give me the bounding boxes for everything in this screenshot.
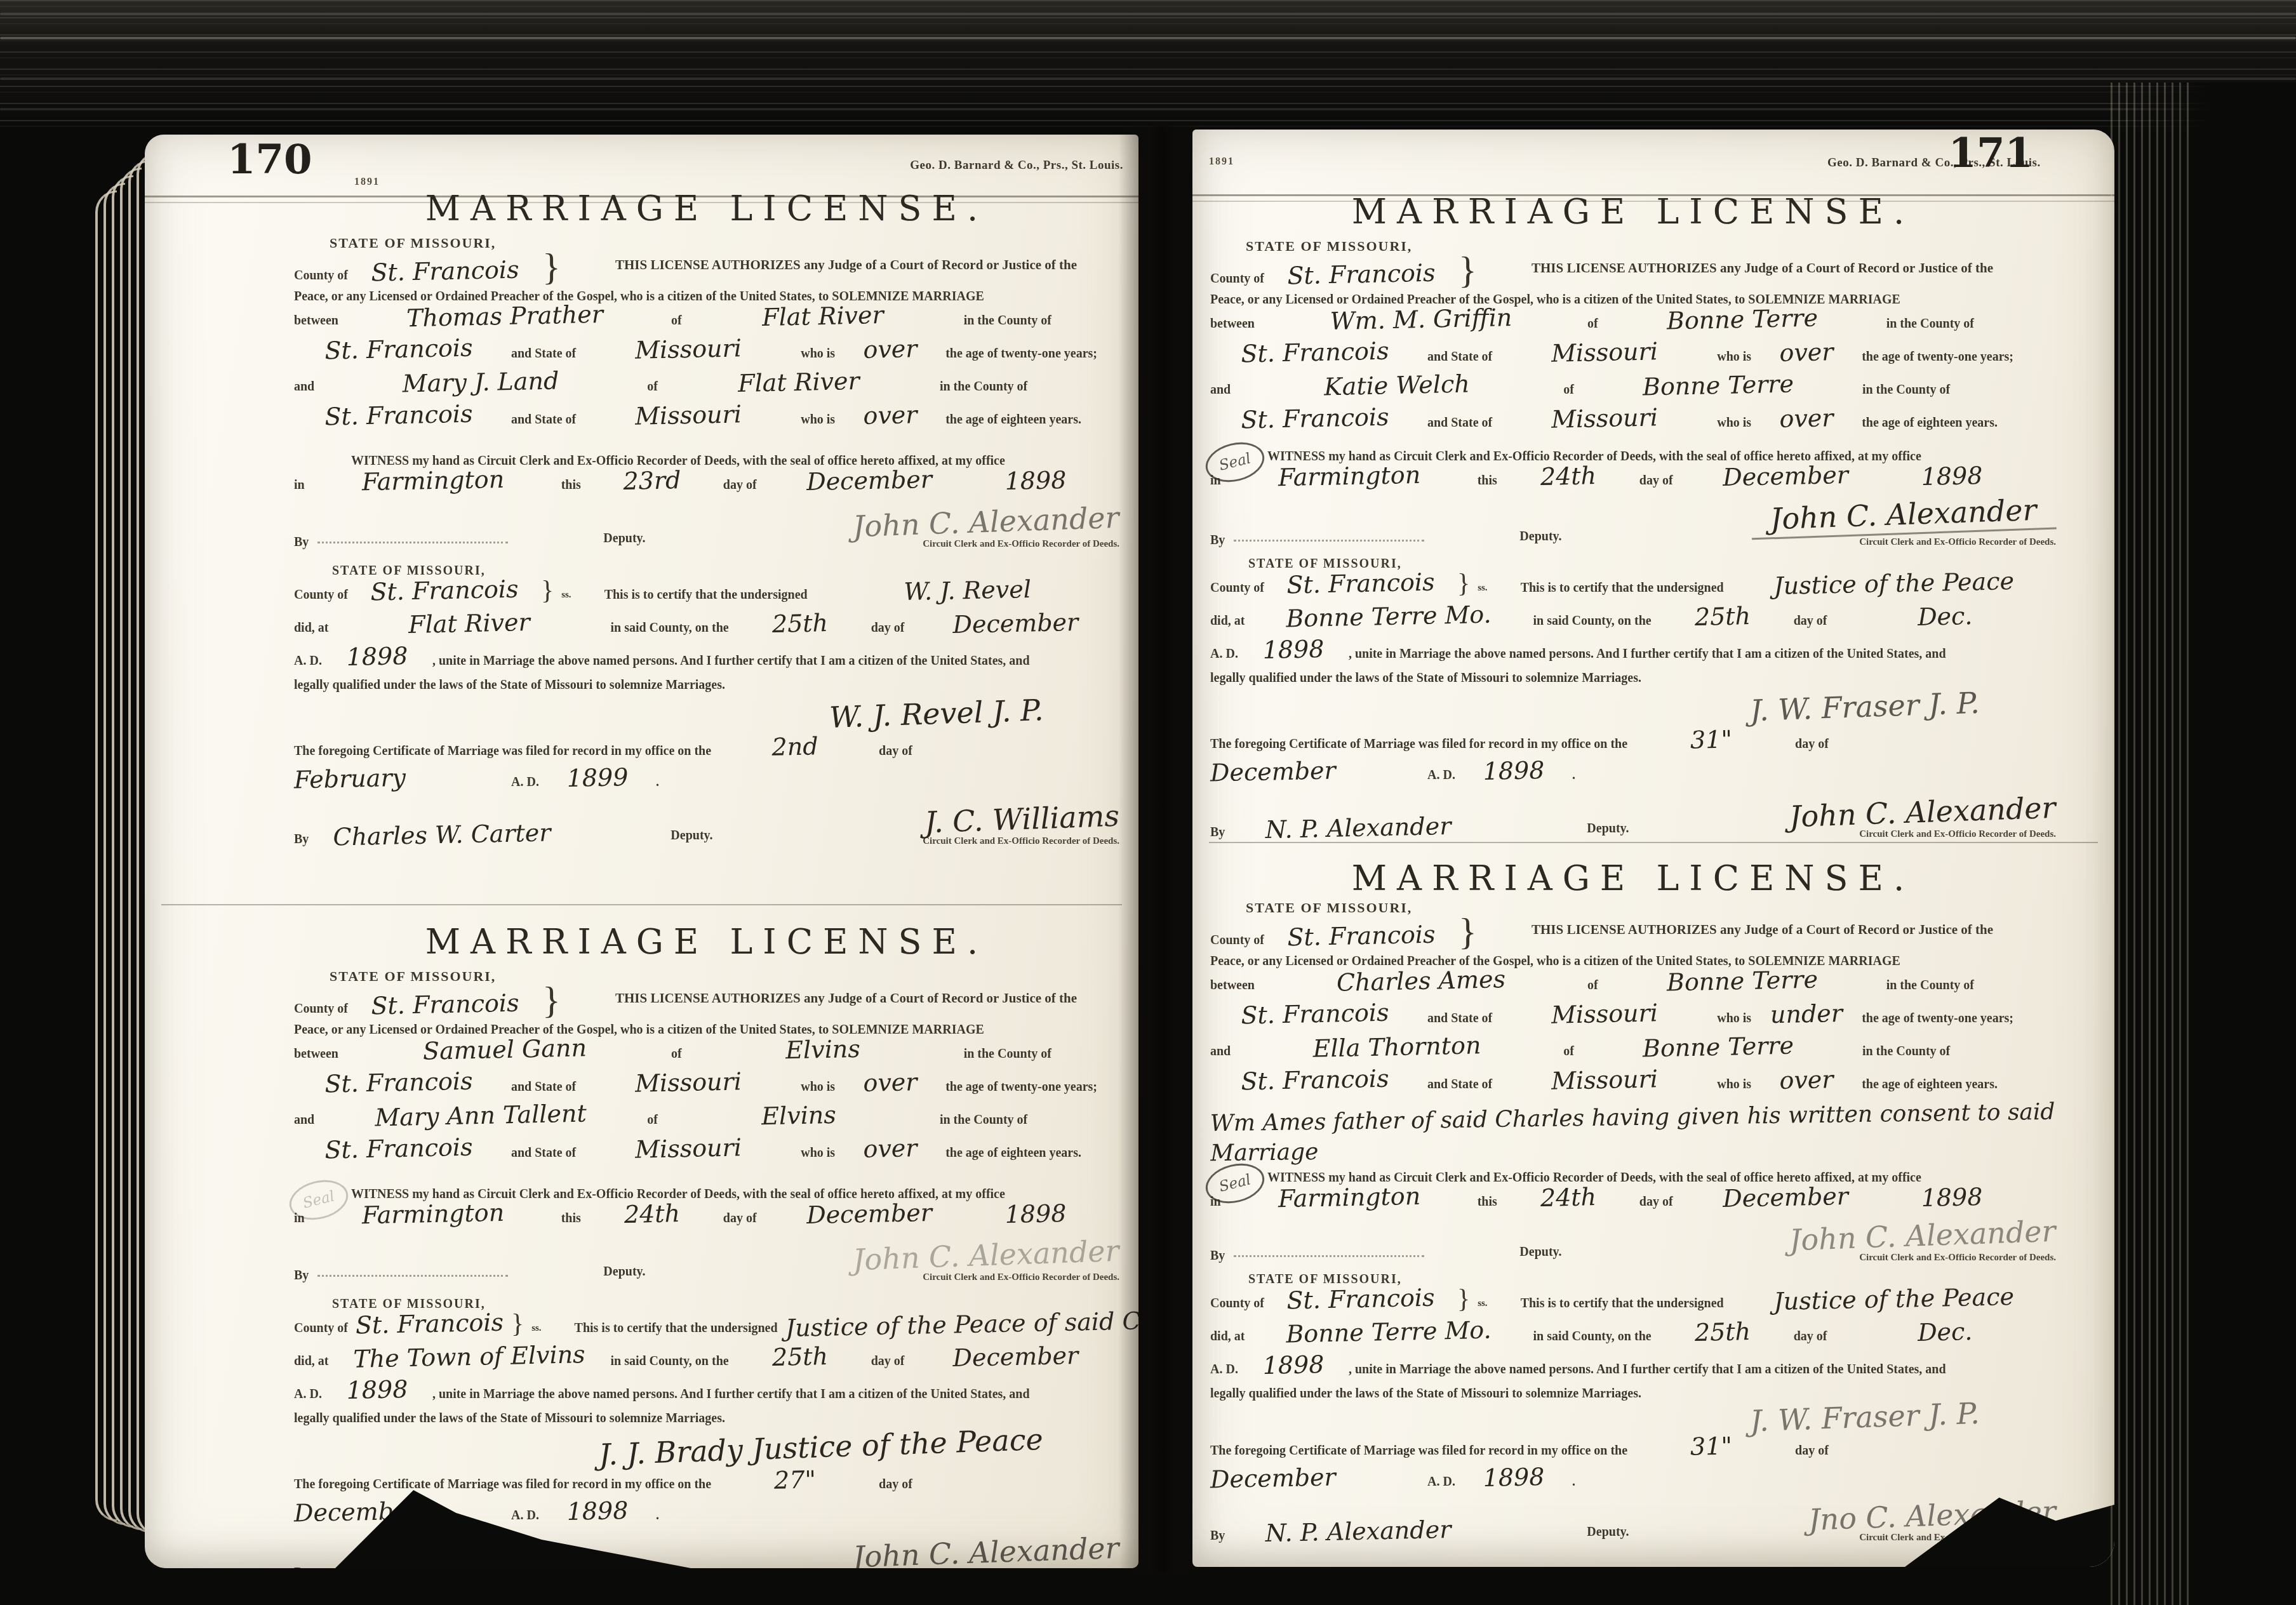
- certify-line: County of St. Francois } ss. This is to …: [1210, 571, 2056, 604]
- and-label: and: [294, 1103, 314, 1136]
- marriage-day-value: 25th: [1659, 1319, 1786, 1345]
- form-brace: }: [541, 579, 554, 603]
- marriage-month-value: Dec.: [1834, 602, 2056, 630]
- county-label: County of: [1210, 571, 1264, 604]
- who-is-label: who is: [1717, 1068, 1751, 1101]
- officiant-certificate: STATE OF MISSOURI, County of St. Francoi…: [294, 1297, 1119, 1462]
- marriage-year-value: 1898: [330, 1376, 425, 1402]
- license-title: MARRIAGE LICENSE.: [294, 189, 1119, 229]
- clerk-signature-block: John C. Alexander Circuit Clerk and Ex-O…: [1789, 797, 2056, 840]
- county-label: County of: [294, 578, 348, 611]
- witness-clause: Seal WITNESS my hand as Circuit Clerk an…: [294, 1187, 1119, 1283]
- groom-line-2: St. Francois and State of Missouri who i…: [294, 1070, 1119, 1103]
- filing-day-value: 31": [1635, 726, 1788, 753]
- bride-county-value: St. Francois: [294, 401, 504, 430]
- ss-label: ss.: [1478, 1287, 1487, 1320]
- marriage-year-value: 1898: [1246, 1352, 1342, 1378]
- officiant-value: Justice of the Peace: [1731, 1283, 2056, 1314]
- of-label: of: [1563, 373, 1574, 406]
- bride-age-value: over: [843, 402, 938, 428]
- bride-line: and Mary Ann Tallent of Elvins in the Co…: [294, 1103, 1119, 1136]
- witness-date-line: in Farmington this 24th day of December …: [1210, 1185, 2056, 1218]
- this-label: this: [561, 1202, 581, 1235]
- by-label: By: [294, 1566, 309, 1568]
- this-label: this: [561, 469, 581, 502]
- clerk-signature-block: J. C. Williams Circuit Clerk and Ex-Offi…: [923, 804, 1119, 847]
- ad-label: A. D.: [1210, 640, 1238, 669]
- groom-name-value: Charles Ames: [1262, 966, 1580, 996]
- filing-day-value: 27": [719, 1466, 872, 1493]
- in-county-label: in the County of: [964, 1037, 1051, 1070]
- witness-date-line: in Farmington this 23rd day of December …: [294, 469, 1119, 502]
- witness-signature-row: By Deputy. John C. Alexander Circuit Cle…: [1210, 500, 2056, 548]
- between-label: between: [294, 304, 338, 337]
- of-label: of: [671, 1037, 682, 1070]
- license-title: MARRIAGE LICENSE.: [1210, 192, 2056, 232]
- age-18-label: the age of eighteen years.: [1862, 406, 1998, 439]
- in-county-label: in the County of: [1886, 307, 1974, 340]
- unite-line: A. D. 1898 , unite in Marriage the above…: [294, 644, 1119, 676]
- deputy-label: Deputy.: [1519, 1245, 1561, 1260]
- county-line: County of St. Francois }: [294, 251, 599, 283]
- clerk-title: Circuit Clerk and Ex-Officio Recorder of…: [1859, 1253, 2056, 1263]
- age-21-label: the age of twenty-one years;: [1862, 1002, 2013, 1035]
- groom-county-value: St. Francois: [1210, 338, 1420, 367]
- witness-year-value: 1898: [981, 467, 1090, 494]
- filing-year-value: 1898: [1463, 1464, 1565, 1490]
- groom-name-value: Wm. M. Griffin: [1262, 304, 1580, 335]
- groom-line: between Thomas Prather of Flat River in …: [294, 304, 1119, 337]
- witness-month-value: December: [1680, 1183, 1890, 1211]
- form-brace: }: [1458, 255, 1477, 285]
- scan-streak-line: [0, 13, 2296, 15]
- witness-year-value: 1898: [1897, 463, 2006, 489]
- by-label: By: [294, 832, 309, 847]
- venue-block: STATE OF MISSOURI, County of St. Francoi…: [1210, 900, 1515, 948]
- bride-name-value: Mary Ann Tallent: [322, 1100, 640, 1131]
- witness-clause: Seal WITNESS my hand as Circuit Clerk an…: [1210, 1171, 2056, 1263]
- unite-line: A. D. 1898 , unite in Marriage the above…: [294, 1378, 1119, 1409]
- filing-signature-row: By N. P. Alexander Deputy. John C. Alexa…: [1210, 794, 2056, 840]
- plate-number: 1891: [1209, 156, 1234, 168]
- filing-deputy-signature: N. P. Alexander: [1225, 1516, 1492, 1546]
- groom-county-value: St. Francois: [294, 335, 504, 364]
- witness-date-line: in Farmington this 24th day of December …: [1210, 464, 2056, 497]
- in-county-label: in the County of: [964, 304, 1051, 337]
- marriage-place-value: The Town of Elvins: [336, 1342, 603, 1372]
- cert-county-value: St. Francois: [356, 576, 534, 604]
- this-label: this: [1478, 464, 1497, 497]
- marriage-day-value: 25th: [736, 1343, 864, 1370]
- and-label: and: [1210, 1035, 1231, 1068]
- marriage-month-value: December: [912, 1343, 1119, 1371]
- of-label: of: [1587, 969, 1598, 1002]
- ad-label: A. D.: [294, 1380, 322, 1409]
- witness-place-value: Farmington: [1228, 462, 1470, 491]
- license-title: MARRIAGE LICENSE.: [1210, 858, 2056, 898]
- who-is-label: who is: [801, 1070, 835, 1103]
- groom-age-value: over: [843, 336, 938, 362]
- cert-county-value: St. Francois: [1272, 569, 1450, 597]
- authorize-text-1: THIS LICENSE AUTHORIZES any Judge of a C…: [615, 257, 1077, 283]
- ad-label: A. D.: [294, 647, 322, 676]
- period: .: [656, 1499, 659, 1532]
- filing-month-value: December: [1210, 757, 1420, 785]
- age-18-label: the age of eighteen years.: [945, 403, 1081, 436]
- groom-line: between Wm. M. Griffin of Bonne Terre in…: [1210, 307, 2056, 340]
- deputy-blank: [317, 1275, 508, 1277]
- did-at-label: did, at: [1210, 1320, 1245, 1353]
- filing-deputy-signature: Charles W. Carter: [309, 820, 576, 850]
- by-label: By: [294, 535, 309, 550]
- license-header: STATE OF MISSOURI, County of St. Francoi…: [294, 235, 1119, 283]
- certify-text: This is to certify that the undersigned: [604, 578, 808, 611]
- between-label: between: [1210, 969, 1255, 1002]
- and-label: and: [1210, 373, 1231, 406]
- county-label: County of: [294, 1002, 348, 1016]
- did-at-label: did, at: [294, 1345, 328, 1378]
- groom-county-value: St. Francois: [294, 1069, 504, 1097]
- venue-block: STATE OF MISSOURI, County of St. Francoi…: [294, 968, 599, 1016]
- filed-text: The foregoing Certificate of Marriage wa…: [294, 737, 711, 766]
- filed-date-line: December A. D. 1898 .: [1210, 1465, 2056, 1498]
- age-18-label: the age of eighteen years.: [1862, 1068, 1998, 1101]
- form-brace: }: [1458, 916, 1477, 947]
- filed-date-line: February A. D. 1899 .: [294, 766, 1119, 799]
- scan-streak-line: [0, 108, 2296, 110]
- groom-age-value: over: [1759, 339, 1855, 365]
- license-header: STATE OF MISSOURI, County of St. Francoi…: [1210, 238, 2056, 286]
- bride-state-value: Missouri: [584, 1135, 794, 1163]
- bride-line-2: St. Francois and State of Missouri who i…: [294, 403, 1119, 436]
- unite-line: A. D. 1898 , unite in Marriage the above…: [1210, 1353, 2056, 1384]
- in-county-label: in the County of: [940, 1103, 1027, 1136]
- county-label: County of: [294, 269, 348, 283]
- filed-line: The foregoing Certificate of Marriage wa…: [294, 735, 1119, 766]
- certify-text: This is to certify that the undersigned: [1521, 571, 1724, 604]
- filing-signature-row: By N. P. Alexander Deputy. Jno C. Alexan…: [1210, 1501, 2056, 1543]
- license-title: MARRIAGE LICENSE.: [294, 922, 1119, 962]
- bride-state-value: Missouri: [1500, 1066, 1710, 1095]
- filing-month-value: December: [1210, 1463, 1420, 1491]
- witness-month-value: December: [764, 467, 974, 495]
- officiant-value: Justice of the Peace of said County: [785, 1307, 1138, 1340]
- officiant-signature-block: W. J. Revel J. P.: [294, 699, 1043, 728]
- deputy-label: Deputy.: [671, 829, 712, 843]
- county-label: County of: [1210, 933, 1264, 948]
- clerk-signature: John C. Alexander: [853, 1236, 1120, 1275]
- by-label: By: [1210, 533, 1225, 548]
- and-state-label: and State of: [511, 403, 576, 436]
- filing-deputy-signature: N. P. Alexander: [1225, 813, 1492, 843]
- marriage-license-record: MARRIAGE LICENSE. STATE OF MISSOURI, Cou…: [1210, 858, 2056, 1543]
- age-18-label: the age of eighteen years.: [945, 1136, 1081, 1169]
- county-value: St. Francois: [1269, 260, 1454, 288]
- period: .: [1572, 759, 1575, 792]
- bride-age-value: over: [1759, 1067, 1855, 1093]
- day-of-label: day of: [723, 469, 757, 502]
- binding-streaks: [2111, 83, 2193, 1605]
- marriage-place-value: Flat River: [336, 609, 603, 639]
- form-brace: }: [542, 251, 561, 282]
- certify-line: County of St. Francois } ss. This is to …: [294, 1312, 1119, 1345]
- marriage-place-value: Bonne Terre Mo.: [1252, 602, 1526, 632]
- day-of-label: day of: [879, 1470, 912, 1499]
- witness-signature-row: By Deputy. John C. Alexander Circuit Cle…: [1210, 1221, 2056, 1263]
- clerk-signature: John C. Alexander: [853, 1533, 1120, 1568]
- unite-text: , unite in Marriage the above named pers…: [1349, 640, 1946, 669]
- county-value: St. Francois: [353, 257, 538, 285]
- filing-year-value: 1898: [547, 1498, 649, 1524]
- day-of-label: day of: [879, 737, 912, 766]
- marriage-year-value: 1898: [330, 643, 425, 669]
- officiant-signature-block: J. J. Brady Justice of the Peace: [294, 1432, 1043, 1462]
- deputy-blank: [1234, 1255, 1424, 1257]
- marriage-place-line: did, at Bonne Terre Mo. in said County, …: [1210, 1320, 2056, 1353]
- who-is-label: who is: [801, 1136, 835, 1169]
- marriage-day-value: 25th: [1659, 603, 1786, 630]
- officiant-value: Justice of the Peace: [1731, 568, 2056, 599]
- filed-text: The foregoing Certificate of Marriage wa…: [1210, 1437, 1627, 1465]
- county-line: County of St. Francois }: [1210, 255, 1515, 286]
- clerk-signature-block: John C. Alexander Circuit Clerk and Ex-O…: [853, 1241, 1119, 1283]
- scan-top-band: [0, 0, 2296, 135]
- witness-signature-row: By Deputy. John C. Alexander Circuit Cle…: [294, 1237, 1119, 1283]
- marriage-license-record: MARRIAGE LICENSE. STATE OF MISSOURI, Cou…: [294, 189, 1119, 847]
- officiant-signature: J. W. Fraser J. P.: [1750, 688, 1980, 726]
- left-page: 170 1891 Geo. D. Barnard & Co., Prs., St…: [145, 135, 1138, 1568]
- and-state-label: and State of: [1427, 1002, 1492, 1035]
- clerk-title: Circuit Clerk and Ex-Officio Recorder of…: [923, 539, 1119, 550]
- bride-state-value: Missouri: [584, 401, 794, 430]
- who-is-label: who is: [1717, 340, 1751, 373]
- witness-day-value: 24th: [1504, 463, 1632, 489]
- officiant-signature: J. W. Fraser J. P.: [1750, 1398, 1980, 1435]
- groom-line-2: St. Francois and State of Missouri who i…: [1210, 340, 2056, 373]
- witness-clause: WITNESS my hand as Circuit Clerk and Ex-…: [294, 454, 1119, 550]
- county-label: County of: [294, 1312, 348, 1345]
- in-county-label: in the County of: [1886, 969, 1974, 1002]
- authorize-text-2: Peace, or any Licensed or Ordained Preac…: [294, 290, 1119, 304]
- scan-streak-line: [0, 77, 2296, 80]
- printer-mark: Geo. D. Barnard & Co., Prs., St. Louis.: [910, 159, 1123, 173]
- witness-month-value: December: [764, 1200, 974, 1229]
- by-label: By: [1210, 825, 1225, 840]
- ad-label: A. D.: [511, 1499, 539, 1532]
- bride-line-2: St. Francois and State of Missouri who i…: [294, 1136, 1119, 1169]
- groom-residence-value: Flat River: [689, 302, 956, 331]
- on-the-label: in said County, on the: [610, 611, 728, 644]
- license-separator-rule: [161, 904, 1122, 905]
- bride-line: and Katie Welch of Bonne Terre in the Co…: [1210, 373, 2056, 406]
- officiant-signature: J. J. Brady Justice of the Peace: [599, 1425, 1044, 1469]
- of-label: of: [1563, 1035, 1574, 1068]
- marriage-license-record: MARRIAGE LICENSE. STATE OF MISSOURI, Cou…: [294, 922, 1119, 1568]
- witness-place-value: Farmington: [312, 466, 554, 495]
- filing-clause: The foregoing Certificate of Marriage wa…: [294, 735, 1119, 847]
- groom-residence-value: Bonne Terre: [1605, 966, 1879, 996]
- and-state-label: and State of: [1427, 406, 1492, 439]
- did-at-label: did, at: [1210, 604, 1245, 637]
- and-state-label: and State of: [511, 1070, 576, 1103]
- clerk-title: Circuit Clerk and Ex-Officio Recorder of…: [1859, 829, 2056, 840]
- period: .: [1572, 1465, 1575, 1498]
- ad-label: A. D.: [1210, 1355, 1238, 1384]
- bride-county-value: St. Francois: [294, 1135, 504, 1163]
- cert-county-value: St. Francois: [1272, 1285, 1450, 1313]
- in-label: in: [294, 469, 305, 502]
- marriage-place-line: did, at The Town of Elvins in said Count…: [294, 1345, 1119, 1378]
- certify-text: This is to certify that the undersigned: [575, 1312, 778, 1345]
- ss-label: ss.: [1478, 571, 1487, 604]
- bride-age-value: over: [1759, 405, 1855, 431]
- who-is-label: who is: [801, 403, 835, 436]
- parental-consent-note: Wm Ames father of said Charles having gi…: [1210, 1098, 2056, 1169]
- filing-month-value: February: [294, 764, 504, 792]
- of-label: of: [647, 1103, 658, 1136]
- and-state-label: and State of: [1427, 340, 1492, 373]
- marriage-license-record: MARRIAGE LICENSE. STATE OF MISSOURI, Cou…: [1210, 192, 2056, 840]
- who-is-label: who is: [1717, 406, 1751, 439]
- authorize-text-1: THIS LICENSE AUTHORIZES any Judge of a C…: [1532, 260, 1993, 286]
- deputy-label: Deputy.: [1519, 529, 1561, 544]
- filed-line: The foregoing Certificate of Marriage wa…: [1210, 728, 2056, 759]
- scan-streak-line: [0, 37, 2296, 39]
- filing-day-value: 31": [1635, 1432, 1788, 1460]
- filed-text: The foregoing Certificate of Marriage wa…: [1210, 730, 1627, 759]
- by-label: By: [1210, 1249, 1225, 1263]
- authorize-text-2: Peace, or any Licensed or Ordained Preac…: [1210, 954, 2056, 969]
- officiant-value: W. J. Revel: [815, 575, 1119, 606]
- right-page: 1891 Geo. D. Barnard & Co., Prs., St. Lo…: [1192, 130, 2114, 1567]
- in-county-label: in the County of: [940, 370, 1027, 403]
- venue-block: STATE OF MISSOURI, County of St. Francoi…: [1210, 238, 1515, 286]
- who-is-label: who is: [801, 337, 835, 370]
- clerk-signature-block: John C. Alexander Circuit Clerk and Ex-O…: [853, 1538, 1119, 1568]
- marriage-day-value: 25th: [736, 610, 864, 637]
- scanned-book-spread: 170 1891 Geo. D. Barnard & Co., Prs., St…: [0, 0, 2296, 1605]
- qualified-text: legally qualified under the laws of the …: [294, 678, 1119, 693]
- ss-label: ss.: [561, 578, 571, 611]
- marriage-month-value: Dec.: [1834, 1317, 2056, 1346]
- certify-line: County of St. Francois } ss. This is to …: [294, 578, 1119, 611]
- clerk-signature: John C. Alexander: [1789, 793, 2057, 832]
- officiant-signature: W. J. Revel J. P.: [829, 695, 1044, 732]
- deputy-label: Deputy.: [603, 531, 645, 546]
- age-21-label: the age of twenty-one years;: [945, 337, 1097, 370]
- page-number-right: 171: [1948, 130, 2033, 177]
- marriage-place-line: did, at Flat River in said County, on th…: [294, 611, 1119, 644]
- county-value: St. Francois: [353, 990, 538, 1018]
- county-value: St. Francois: [1269, 922, 1454, 950]
- form-brace: }: [511, 1312, 524, 1336]
- witness-day-value: 24th: [588, 1201, 716, 1227]
- in-county-label: in the County of: [1862, 1035, 1950, 1068]
- authorize-text-1: THIS LICENSE AUTHORIZES any Judge of a C…: [615, 990, 1077, 1016]
- filed-line: The foregoing Certificate of Marriage wa…: [1210, 1434, 2056, 1465]
- who-is-label: who is: [1717, 1002, 1751, 1035]
- bride-name-value: Katie Welch: [1238, 370, 1556, 401]
- by-label: By: [294, 1269, 309, 1283]
- county-label: County of: [1210, 1287, 1264, 1320]
- unite-text: , unite in Marriage the above named pers…: [1349, 1355, 1946, 1384]
- filing-day-value: 2nd: [719, 733, 872, 760]
- bride-county-value: St. Francois: [1210, 1066, 1420, 1095]
- groom-name-value: Thomas Prather: [346, 301, 664, 331]
- clerk-signature: J. C. Williams: [924, 801, 1119, 837]
- of-label: of: [671, 304, 682, 337]
- bride-age-value: over: [843, 1135, 938, 1161]
- day-of-label: day of: [1795, 1437, 1829, 1465]
- day-of-label: day of: [871, 611, 905, 644]
- bride-state-value: Missouri: [1500, 404, 1710, 433]
- deputy-blank: [317, 542, 508, 543]
- witness-date-line: in Farmington this 24th day of December …: [294, 1202, 1119, 1235]
- bride-name-value: Ella Thornton: [1238, 1032, 1556, 1062]
- day-of-label: day of: [723, 1202, 757, 1235]
- county-line: County of St. Francois }: [294, 985, 599, 1016]
- form-brace: }: [542, 985, 561, 1015]
- unite-line: A. D. 1898 , unite in Marriage the above…: [1210, 637, 2056, 669]
- authorize-text-2: Peace, or any Licensed or Ordained Preac…: [294, 1023, 1119, 1037]
- bride-line: and Mary J. Land of Flat River in the Co…: [294, 370, 1119, 403]
- of-label: of: [647, 370, 658, 403]
- day-of-label: day of: [1639, 464, 1673, 497]
- authorize-text-1: THIS LICENSE AUTHORIZES any Judge of a C…: [1532, 922, 1993, 948]
- ss-label: ss.: [531, 1312, 541, 1345]
- period: .: [656, 766, 659, 799]
- marriage-year-value: 1898: [1246, 636, 1342, 662]
- by-label: By: [1210, 1529, 1225, 1543]
- county-label: County of: [1210, 272, 1264, 286]
- clerk-signature-block: John C. Alexander Circuit Clerk and Ex-O…: [1789, 1221, 2056, 1263]
- form-brace: }: [1457, 1288, 1470, 1312]
- filing-year-value: 1899: [547, 764, 649, 790]
- groom-line: between Charles Ames of Bonne Terre in t…: [1210, 969, 2056, 1002]
- groom-line-2: St. Francois and State of Missouri who i…: [1210, 1002, 2056, 1035]
- bride-line-2: St. Francois and State of Missouri who i…: [1210, 406, 2056, 439]
- groom-state-value: Missouri: [1500, 338, 1710, 367]
- plate-number: 1891: [354, 176, 380, 188]
- between-label: between: [1210, 307, 1255, 340]
- certify-line: County of St. Francois } ss. This is to …: [1210, 1287, 2056, 1320]
- bride-county-value: St. Francois: [1210, 404, 1420, 433]
- age-21-label: the age of twenty-one years;: [945, 1070, 1097, 1103]
- clerk-title: Circuit Clerk and Ex-Officio Recorder of…: [923, 1272, 1119, 1283]
- witness-year-value: 1898: [981, 1201, 1090, 1227]
- bride-residence-value: Elvins: [665, 1101, 933, 1131]
- authorize-text-2: Peace, or any Licensed or Ordained Preac…: [1210, 293, 2056, 307]
- certify-text: This is to certify that the undersigned: [1521, 1287, 1724, 1320]
- bride-residence-value: Bonne Terre: [1582, 371, 1855, 401]
- clerk-signature: John C. Alexander: [1751, 495, 2057, 540]
- cert-county-value: St. Francois: [356, 1310, 504, 1338]
- bride-name-value: Mary J. Land: [322, 367, 640, 397]
- in-county-label: in the County of: [1862, 373, 1950, 406]
- this-label: this: [1478, 1185, 1497, 1218]
- clerk-signature-block: John C. Alexander Circuit Clerk and Ex-O…: [1751, 500, 2056, 548]
- venue-block: STATE OF MISSOURI, County of St. Francoi…: [294, 235, 599, 283]
- officiant-certificate: STATE OF MISSOURI, County of St. Francoi…: [1210, 557, 2056, 721]
- marriage-place-line: did, at Bonne Terre Mo. in said County, …: [1210, 604, 2056, 637]
- ad-label: A. D.: [511, 766, 539, 799]
- groom-state-value: Missouri: [584, 335, 794, 364]
- groom-state-value: Missouri: [584, 1069, 794, 1097]
- groom-residence-value: Elvins: [689, 1035, 956, 1065]
- groom-age-value: under: [1759, 1001, 1855, 1027]
- county-line: County of St. Francois }: [1210, 916, 1515, 948]
- day-of-label: day of: [1639, 1185, 1673, 1218]
